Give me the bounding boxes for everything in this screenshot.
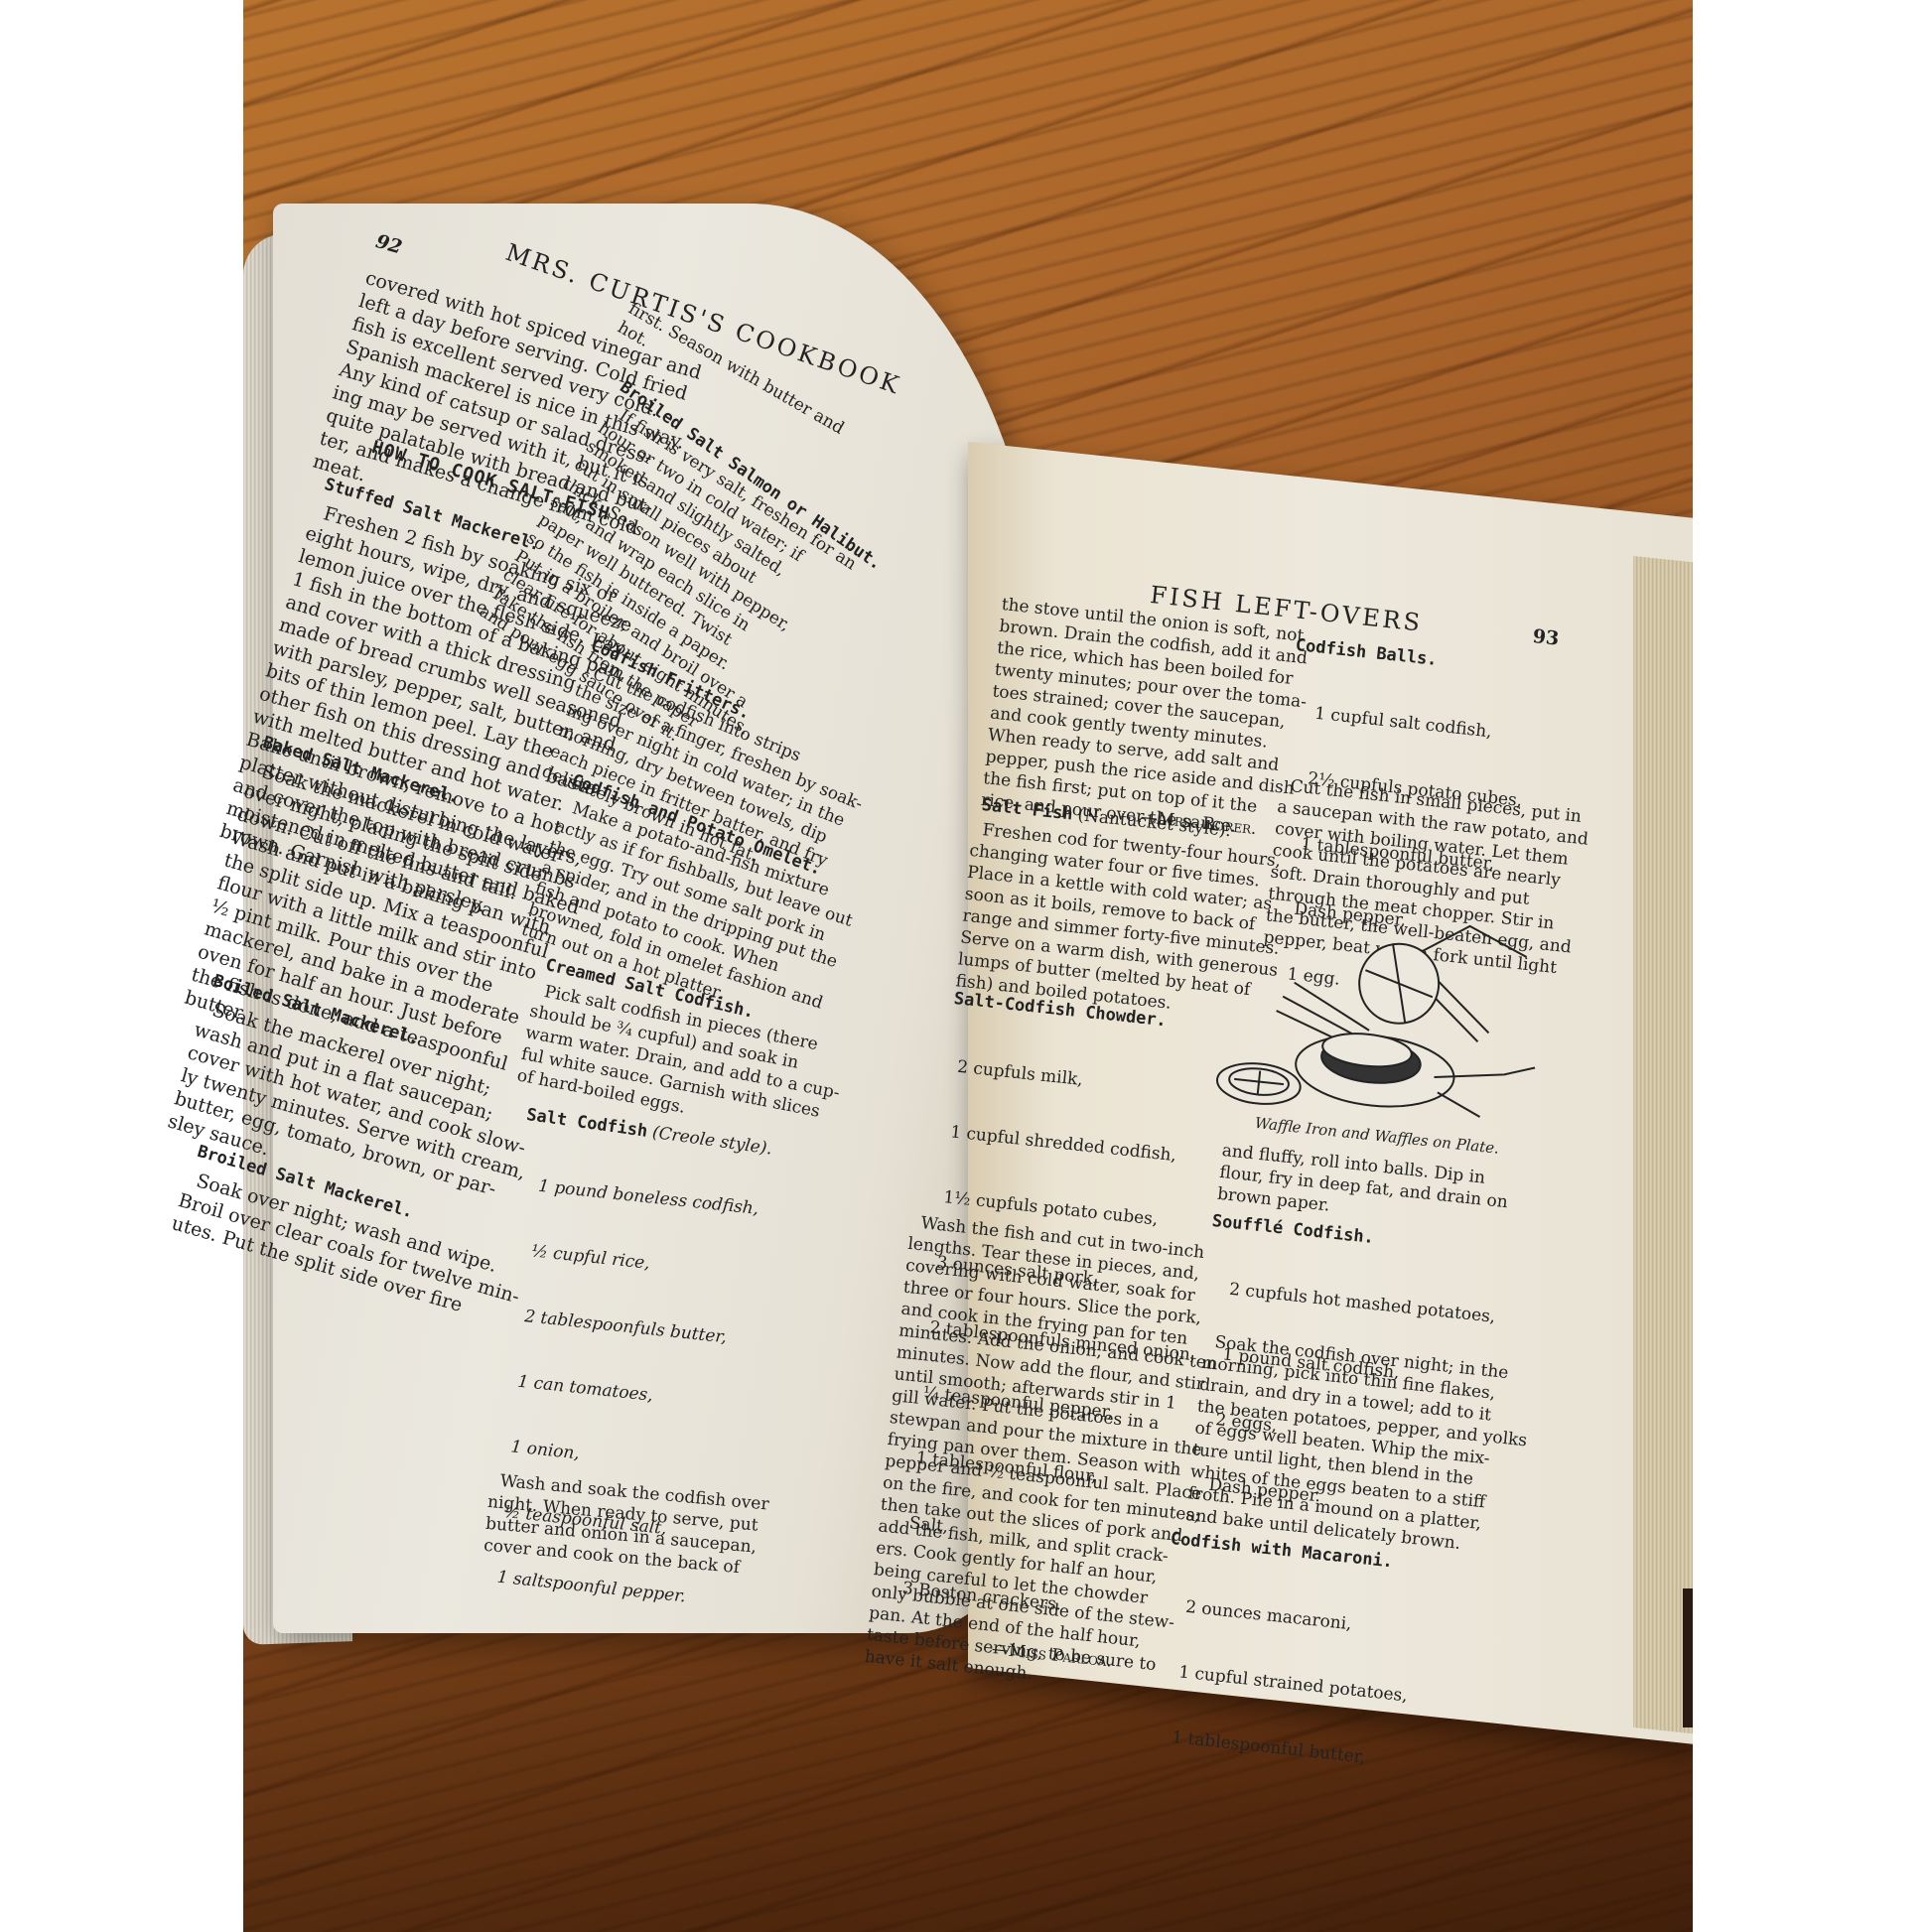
waffle-iron-icon (1210, 897, 1569, 1149)
page-number-right: 93 (1532, 625, 1561, 650)
waffle-iron-illustration (1210, 897, 1569, 1149)
ingredient: 1 tablespoonful butter, (1171, 1726, 1402, 1772)
ingredient: 1 cupful shredded codfish, (949, 1121, 1217, 1171)
ingredient: 2 tablespoonfuls butter, (523, 1306, 746, 1350)
ingredient: 1 cupful strained potatoes, (1177, 1661, 1409, 1707)
ingredient-list: 2 ounces macaroni, 1 cupful strained pot… (1169, 1553, 1420, 1794)
ingredient: 1 can tomatoes, (516, 1371, 739, 1416)
recipe-text: Wash the fish and cut in two-inch length… (864, 1211, 1230, 1701)
recipe-text: Soak the codfish over night; in the morn… (1184, 1330, 1535, 1561)
ingredient: 1 pound boneless codfish, (537, 1175, 759, 1220)
book-cover-edge (1683, 1588, 1693, 1727)
right-page-stack-edges (1633, 556, 1693, 1733)
ingredient: ½ cupful rice, (530, 1240, 753, 1285)
ingredient: 2 cupfuls milk, (956, 1056, 1224, 1106)
ingredient: 2 cupfuls hot mashed potatoes, (1228, 1279, 1496, 1328)
ingredient: 2 ounces macaroni, (1184, 1596, 1416, 1642)
ingredient: 1 cupful salt codfish, (1313, 703, 1530, 748)
